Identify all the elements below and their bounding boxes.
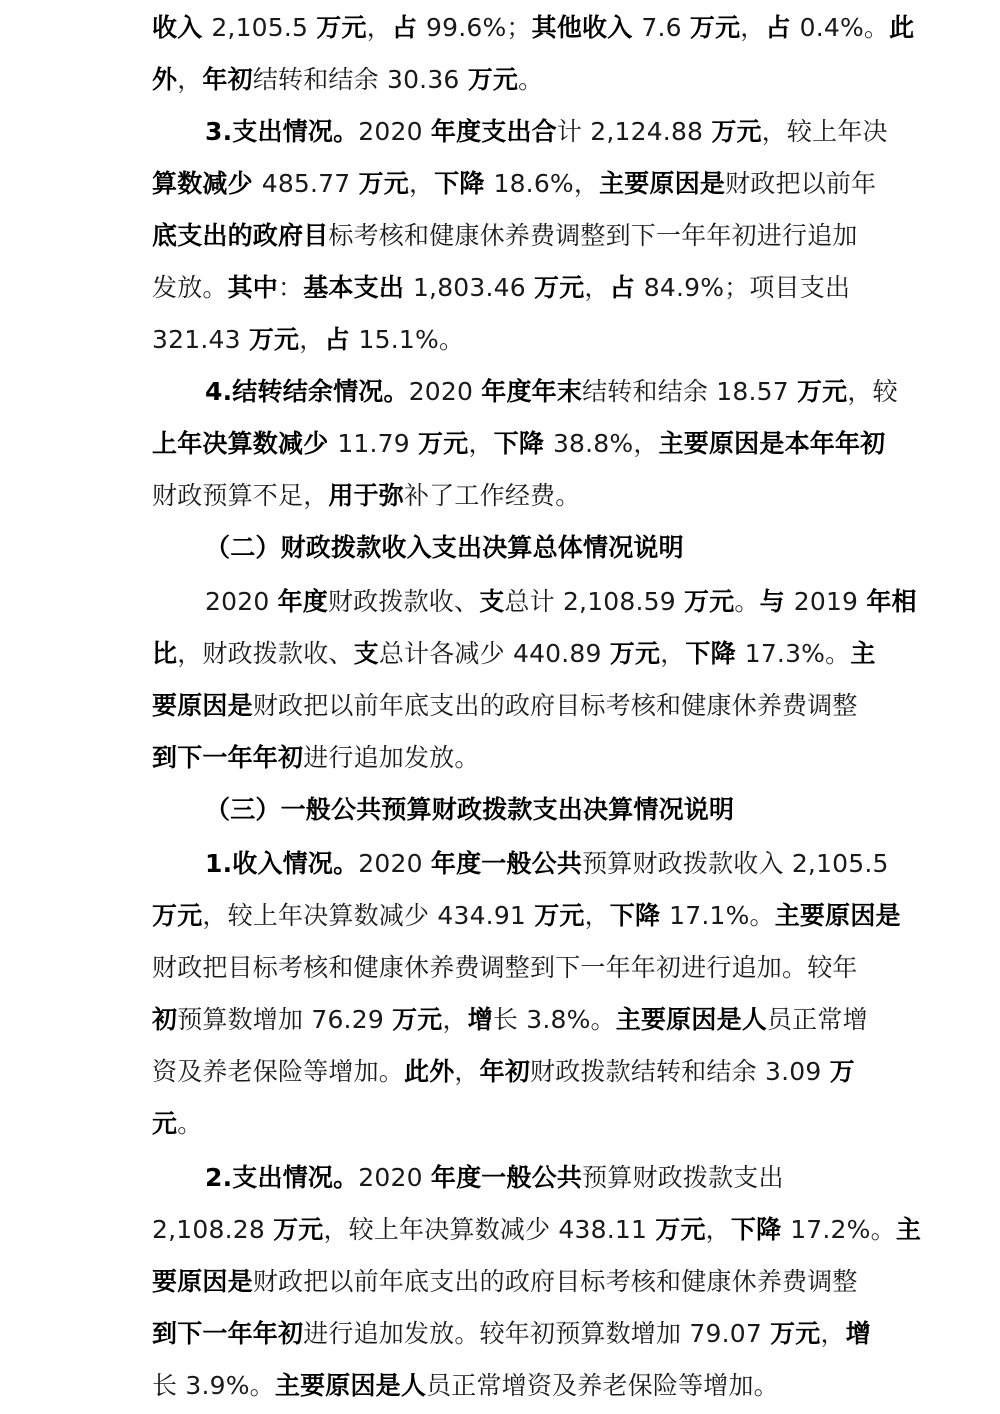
- bold-text: 年初: [480, 1057, 530, 1086]
- bold-text: 用于弥: [328, 481, 404, 510]
- body-text: ，较上年决算数减少 438.11: [323, 1215, 655, 1244]
- body-text: 财政把目标考核和健康休养费调整到下一年年初进行追加。较年: [152, 953, 858, 982]
- bold-text: 万元: [392, 1005, 442, 1034]
- body-text: ，: [820, 1319, 845, 1348]
- bold-text: 主要原因是人: [275, 1371, 426, 1400]
- body-text: ，: [367, 13, 392, 42]
- bold-text: 此外: [404, 1057, 454, 1086]
- bold-text: 年度支出合: [431, 117, 557, 146]
- bold-text: 万元: [152, 901, 202, 930]
- body-text: ，: [740, 13, 765, 42]
- text-line: 3.支出情况。2020 年度支出合计 2,124.88 万元，较上年决: [205, 112, 888, 152]
- bold-text: 与: [760, 587, 794, 616]
- bold-text: 要原因是: [152, 691, 253, 720]
- body-text: 。: [177, 1109, 202, 1138]
- bold-text: 3.支出情况。: [205, 117, 358, 146]
- body-text: 总计 2,108.59: [504, 587, 684, 616]
- body-text: 2020: [358, 117, 431, 146]
- bold-text: 年度: [278, 587, 328, 616]
- text-line: 收入 2,105.5 万元，占 99.6%；其他收入 7.6 万元，占 0.4%…: [152, 8, 914, 48]
- bold-text: 占: [324, 325, 358, 354]
- bold-text: （三）一般公共预算财政拨款支出决算情况说明: [205, 795, 734, 824]
- bold-text: 到下一年年初: [152, 1319, 303, 1348]
- bold-text: 增: [468, 1005, 493, 1034]
- text-line: 初预算数增加 76.29 万元，增长 3.8%。主要原因是人员正常增: [152, 1000, 868, 1040]
- body-text: 资及养老保险等增加。: [152, 1057, 404, 1086]
- body-text: 预算财政拨款支出: [582, 1163, 784, 1192]
- body-text: 1,803.46: [413, 273, 534, 302]
- bold-text: 支: [479, 587, 504, 616]
- bold-text: 万元: [273, 1215, 323, 1244]
- bold-text: 占: [610, 273, 644, 302]
- text-line: 底支出的政府目标考核和健康休养费调整到下一年年初进行追加: [152, 216, 858, 256]
- body-text: ，较: [847, 377, 897, 406]
- bold-text: 1.收入情况。: [205, 849, 358, 878]
- bold-text: 增: [846, 1319, 871, 1348]
- body-text: 预算数增加 76.29: [177, 1005, 392, 1034]
- body-text: ，: [585, 901, 610, 930]
- text-line: 到下一年年初进行追加发放。: [152, 738, 480, 778]
- body-text: 。: [734, 587, 759, 616]
- bold-text: 主要原因是: [775, 901, 901, 930]
- bold-text: 4.结转结余情况。: [205, 377, 409, 406]
- bold-text: 下降: [731, 1215, 790, 1244]
- body-text: 总计各减少 440.89: [379, 639, 610, 668]
- body-text: 标考核和健康休养费调整到下一年年初进行追加: [328, 221, 857, 250]
- body-text: 2,108.28: [152, 1215, 273, 1244]
- body-text: 预算财政拨款收入 2,105.5: [582, 849, 889, 878]
- bold-text: 比: [152, 639, 177, 668]
- bold-text: 万元: [249, 325, 299, 354]
- bold-text: 外: [152, 65, 177, 94]
- bold-text: 主要原因是人: [616, 1005, 767, 1034]
- body-text: 计 2,124.88: [557, 117, 711, 146]
- body-text: 15.1%。: [359, 325, 465, 354]
- bold-text: 万元: [534, 273, 584, 302]
- bold-text: 算数减少: [152, 169, 262, 198]
- body-text: 财政拨款收、: [328, 587, 479, 616]
- text-line: 外，年初结转和结余 30.36 万元。: [152, 60, 543, 100]
- text-line: 要原因是财政把以前年底支出的政府目标考核和健康休养费调整: [152, 1262, 858, 1302]
- bold-text: 基本支出: [303, 273, 413, 302]
- body-text: 2019: [794, 587, 867, 616]
- bold-text: 下降: [610, 901, 669, 930]
- body-text: 结转和结余 30.36: [253, 65, 468, 94]
- body-text: 321.43: [152, 325, 249, 354]
- bold-text: 底支出的政府目: [152, 221, 328, 250]
- body-text: 财政把以前年底支出的政府目标考核和健康休养费调整: [253, 1267, 858, 1296]
- text-line: 2,108.28 万元，较上年决算数减少 438.11 万元，下降 17.2%。…: [152, 1210, 921, 1250]
- bold-text: 万元: [655, 1215, 705, 1244]
- bold-text: 万元: [316, 13, 366, 42]
- body-text: 2020: [358, 1163, 431, 1192]
- bold-text: 主要原因是本年年初: [659, 429, 886, 458]
- body-text: ，: [468, 429, 493, 458]
- body-text: 结转和结余 18.57: [582, 377, 797, 406]
- text-line: 财政预算不足，用于弥补了工作经费。: [152, 476, 580, 516]
- body-text: 99.6%；: [426, 13, 532, 42]
- bold-text: 万元: [797, 377, 847, 406]
- text-line: 比，财政拨款收、支总计各减少 440.89 万元，下降 17.3%。主: [152, 634, 876, 674]
- body-text: ，: [706, 1215, 731, 1244]
- body-text: 补了工作经费。: [404, 481, 580, 510]
- bold-text: 万元: [684, 587, 734, 616]
- bold-text: 主: [850, 639, 875, 668]
- text-line: 长 3.9%。主要原因是人员正常增资及养老保险等增加。: [152, 1366, 779, 1406]
- bold-text: 元: [152, 1109, 177, 1138]
- text-line: 上年决算数减少 11.79 万元，下降 38.8%，主要原因是本年年初: [152, 424, 885, 464]
- bold-text: 下降: [685, 639, 744, 668]
- text-line: 财政把目标考核和健康休养费调整到下一年年初进行追加。较年: [152, 948, 858, 988]
- text-line: 2.支出情况。2020 年度一般公共预算财政拨款支出: [205, 1158, 784, 1198]
- bold-text: 主: [896, 1215, 921, 1244]
- bold-text: 到下一年年初: [152, 743, 303, 772]
- body-text: 财政把以前年: [725, 169, 876, 198]
- body-text: ，: [584, 273, 609, 302]
- text-line: （二）财政拨款收入支出决算总体情况说明: [205, 528, 684, 568]
- bold-text: 下降: [434, 169, 493, 198]
- bold-text: 万: [830, 1057, 855, 1086]
- bold-text: 其中: [228, 273, 278, 302]
- body-text: 84.9%；项目支出: [644, 273, 850, 302]
- body-text: ，: [299, 325, 324, 354]
- document-page: 收入 2,105.5 万元，占 99.6%；其他收入 7.6 万元，占 0.4%…: [0, 0, 1000, 1414]
- body-text: 2020: [205, 587, 278, 616]
- body-text: 员正常增资及养老保险等增加。: [426, 1371, 779, 1400]
- bold-text: 万元: [534, 901, 584, 930]
- bold-text: 2.支出情况。: [205, 1163, 358, 1192]
- bold-text: 万元: [711, 117, 761, 146]
- body-text: 2020: [358, 849, 431, 878]
- body-text: 485.77: [262, 169, 359, 198]
- text-line: 资及养老保险等增加。此外，年初财政拨款结转和结余 3.09 万: [152, 1052, 855, 1092]
- bold-text: 年相: [866, 587, 916, 616]
- bold-text: 万元: [770, 1319, 820, 1348]
- body-text: 2,105.5: [211, 13, 316, 42]
- text-line: （三）一般公共预算财政拨款支出决算情况说明: [205, 790, 734, 830]
- text-line: 发放。其中：基本支出 1,803.46 万元，占 84.9%；项目支出: [152, 268, 850, 308]
- body-text: ，: [177, 65, 202, 94]
- body-text: 。: [518, 65, 543, 94]
- body-text: 17.2%。: [790, 1215, 896, 1244]
- bold-text: 上年决算数减少: [152, 429, 337, 458]
- text-line: 4.结转结余情况。2020 年度年末结转和结余 18.57 万元，较: [205, 372, 898, 412]
- body-text: 进行追加发放。: [303, 743, 479, 772]
- bold-text: 主要原因是: [599, 169, 725, 198]
- body-text: 7.6: [641, 13, 690, 42]
- text-line: 要原因是财政把以前年底支出的政府目标考核和健康休养费调整: [152, 686, 858, 726]
- body-text: 38.8%，: [553, 429, 659, 458]
- body-text: ，: [660, 639, 685, 668]
- body-text: 长 3.8%。: [493, 1005, 616, 1034]
- bold-text: 占: [392, 13, 426, 42]
- body-text: ：: [278, 273, 303, 302]
- bold-text: 下降: [494, 429, 553, 458]
- body-text: 财政拨款结转和结余 3.09: [530, 1057, 830, 1086]
- body-text: ，财政拨款收、: [177, 639, 353, 668]
- body-text: 进行追加发放。较年初预算数增加 79.07: [303, 1319, 770, 1348]
- body-text: ，: [454, 1057, 479, 1086]
- body-text: ，较上年决: [762, 117, 888, 146]
- bold-text: 年度年末: [481, 377, 582, 406]
- body-text: 长 3.9%。: [152, 1371, 275, 1400]
- body-text: 发放。: [152, 273, 228, 302]
- body-text: 17.3%。: [745, 639, 851, 668]
- bold-text: 其他收入: [532, 13, 642, 42]
- bold-text: 年度一般公共: [431, 849, 582, 878]
- bold-text: （二）财政拨款收入支出决算总体情况说明: [205, 533, 684, 562]
- body-text: ，较上年决算数减少 434.91: [202, 901, 534, 930]
- body-text: ，: [442, 1005, 467, 1034]
- text-line: 1.收入情况。2020 年度一般公共预算财政拨款收入 2,105.5: [205, 844, 889, 884]
- bold-text: 万元: [468, 65, 518, 94]
- body-text: ，: [409, 169, 434, 198]
- body-text: 2020: [409, 377, 482, 406]
- bold-text: 万元: [359, 169, 409, 198]
- bold-text: 年度一般公共: [431, 1163, 582, 1192]
- bold-text: 万元: [418, 429, 468, 458]
- bold-text: 要原因是: [152, 1267, 253, 1296]
- text-line: 元。: [152, 1104, 202, 1144]
- text-line: 到下一年年初进行追加发放。较年初预算数增加 79.07 万元，增: [152, 1314, 871, 1354]
- body-text: 财政预算不足，: [152, 481, 328, 510]
- body-text: 18.6%，: [493, 169, 599, 198]
- text-line: 算数减少 485.77 万元，下降 18.6%，主要原因是财政把以前年: [152, 164, 876, 204]
- text-line: 万元，较上年决算数减少 434.91 万元，下降 17.1%。主要原因是: [152, 896, 901, 936]
- bold-text: 收入: [152, 13, 211, 42]
- text-line: 321.43 万元，占 15.1%。: [152, 320, 464, 360]
- bold-text: 支: [354, 639, 379, 668]
- bold-text: 万元: [690, 13, 740, 42]
- bold-text: 此: [889, 13, 914, 42]
- text-line: 2020 年度财政拨款收、支总计 2,108.59 万元。与 2019 年相: [205, 582, 917, 622]
- body-text: 财政把以前年底支出的政府目标考核和健康休养费调整: [253, 691, 858, 720]
- bold-text: 初: [152, 1005, 177, 1034]
- body-text: 11.79: [337, 429, 418, 458]
- bold-text: 年初: [202, 65, 252, 94]
- bold-text: 万元: [610, 639, 660, 668]
- bold-text: 占: [765, 13, 799, 42]
- body-text: 17.1%。: [669, 901, 775, 930]
- body-text: 员正常增: [767, 1005, 868, 1034]
- body-text: 0.4%。: [800, 13, 890, 42]
